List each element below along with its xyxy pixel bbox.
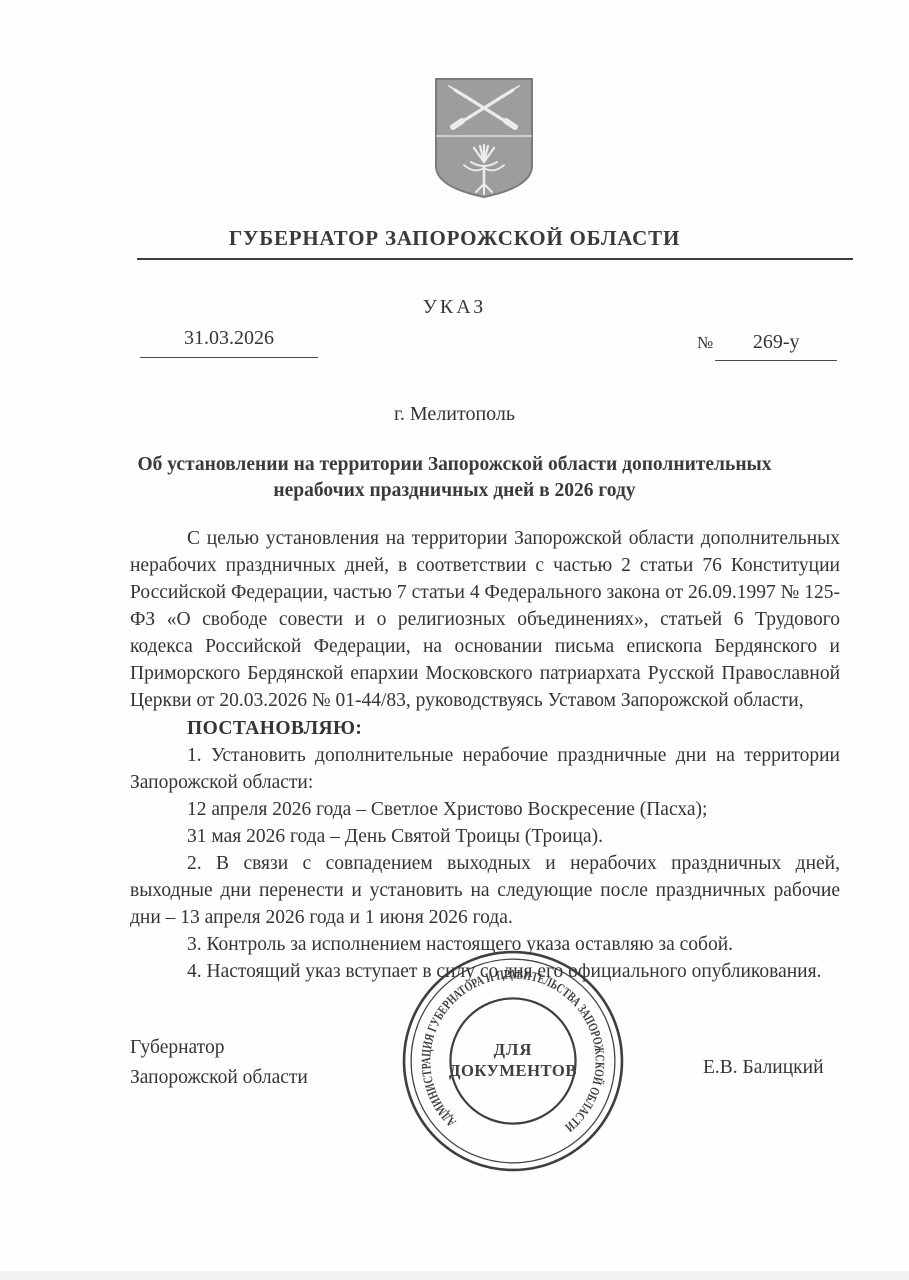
holiday-list-item-easter: 12 апреля 2026 года – Светлое Христово В… bbox=[130, 796, 840, 823]
signature-position-line2: Запорожской области bbox=[130, 1063, 308, 1093]
document-page: ГУБЕРНАТОР ЗАПОРОЖСКОЙ ОБЛАСТИ УКАЗ 31.0… bbox=[0, 0, 909, 1280]
authority-title: ГУБЕРНАТОР ЗАПОРОЖСКОЙ ОБЛАСТИ bbox=[0, 226, 909, 251]
number-value: 269-у bbox=[715, 331, 837, 361]
decree-item-1: 1. Установить дополнительные нерабочие п… bbox=[130, 742, 840, 796]
number-field: № 269-у bbox=[697, 331, 837, 361]
preamble-paragraph: С целью установления на территории Запор… bbox=[130, 525, 840, 714]
city-label: г. Мелитополь bbox=[0, 403, 909, 426]
zaporozhye-coat-of-arms-icon bbox=[433, 76, 535, 200]
emblem-section bbox=[0, 0, 909, 200]
scan-edge-artifact bbox=[0, 1271, 909, 1280]
header-divider bbox=[137, 258, 853, 260]
holiday-list-item-trinity: 31 мая 2026 года – День Святой Троицы (Т… bbox=[130, 823, 840, 850]
stamp-center-line1: ДЛЯ bbox=[494, 1040, 533, 1059]
meta-row: 31.03.2026 № 269-у bbox=[0, 321, 909, 383]
official-stamp: АДМИНИСТРАЦИЯ ГУБЕРНАТОРА И ПРАВИТЕЛЬСТВ… bbox=[400, 948, 626, 1174]
doc-title: Об установлении на территории Запорожско… bbox=[100, 452, 810, 505]
body-text: С целью установления на территории Запор… bbox=[130, 525, 840, 985]
signature-position-line1: Губернатор bbox=[130, 1033, 308, 1063]
doc-type-label: УКАЗ bbox=[0, 296, 909, 319]
stamp-center-line2: ДОКУМЕНТОВ bbox=[449, 1061, 577, 1080]
signature-position: Губернатор Запорожской области bbox=[130, 1033, 308, 1093]
decree-item-2: 2. В связи с совпадением выходных и нера… bbox=[130, 850, 840, 931]
resolution-word: ПОСТАНОВЛЯЮ: bbox=[130, 715, 840, 742]
signature-name: Е.В. Балицкий bbox=[703, 1057, 824, 1079]
number-sign: № bbox=[697, 333, 713, 353]
date-field: 31.03.2026 bbox=[140, 327, 318, 358]
